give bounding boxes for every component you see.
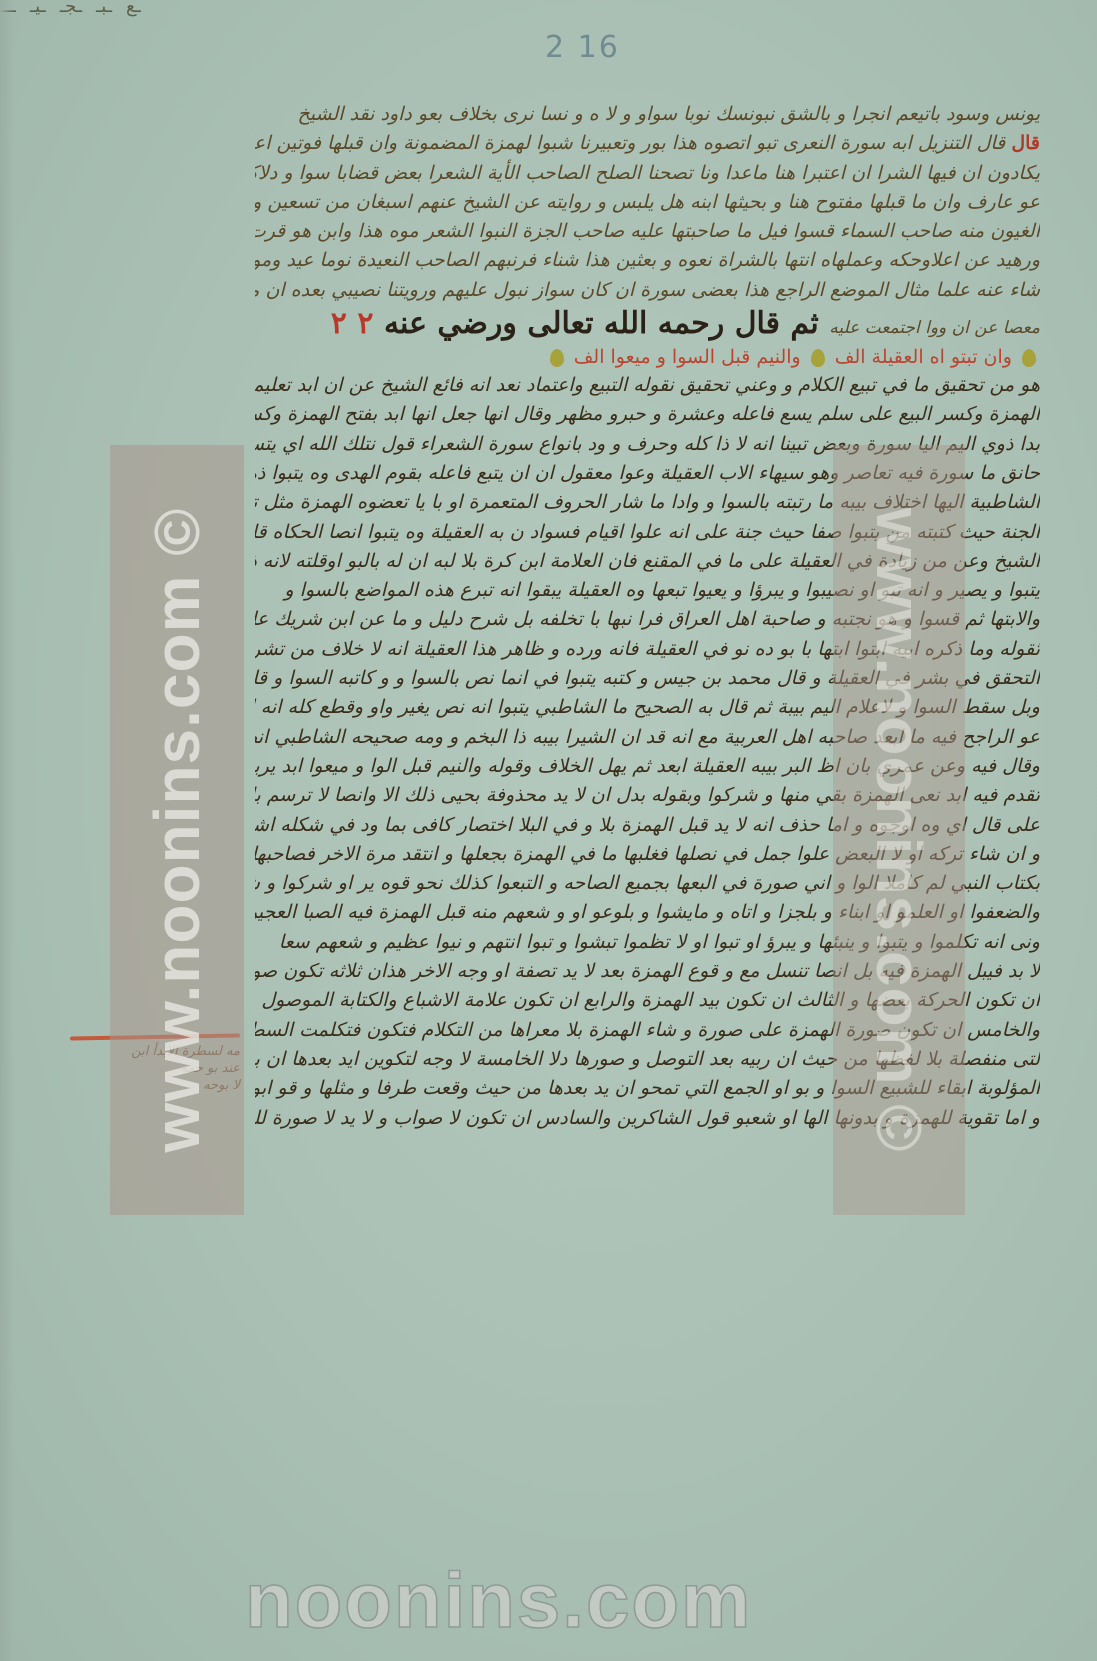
top-edge-fragment: ـبـ <box>96 0 112 22</box>
watermark-vertical-left: www.noonins.com © <box>110 445 244 1215</box>
top-edge-fragment: ـــ <box>0 0 16 22</box>
rubric-word: قال <box>1011 132 1040 154</box>
verse-marker-icon <box>811 349 825 367</box>
watermark-text: www.noonins.com © <box>862 508 936 1153</box>
heading-end-marks: ٢ ٢ <box>331 306 374 341</box>
text-line-content: قال التنزيل ابه سورة النعرى تبو اتصوه هذ… <box>255 132 1005 154</box>
top-edge-cropped-text: ـع ـبـ ـجـ ـيـ ـــ <box>0 0 1097 22</box>
top-edge-fragment: ـجـ <box>60 0 82 22</box>
text-line: عو عارف وان ما قبلها مفتوح هنا و بحيثها … <box>255 188 1040 217</box>
text-line: يكادون ان فيها الشرا ان اعتبرا هنا ماعدا… <box>255 159 1040 188</box>
heading-prefix: معصا عن ان ووا اجتمعت عليه <box>829 318 1040 338</box>
text-line: هو من تحقيق ما في تبيع الكلام و وعني تحق… <box>255 371 1040 400</box>
text-line: قال قال التنزيل ابه سورة النعرى تبو اتصو… <box>255 129 1040 158</box>
top-edge-fragment: ـيـ <box>30 0 46 22</box>
manuscript-page: ـع ـبـ ـجـ ـيـ ـــ 2 16 يونس وسود باتيعم… <box>0 0 1097 1661</box>
verse-part-2: والنيم قبل السوا و ميعوا الف <box>574 346 801 368</box>
watermark-bottom: noonins.com <box>245 1555 752 1646</box>
section-heading: معصا عن ان ووا اجتمعت عليه ثم قال رحمه ا… <box>255 305 1040 343</box>
verse-subheading: وان تبتو اه العقيلة الف والنيم قبل السوا… <box>255 343 1040 371</box>
watermark-text: www.noonins.com © <box>140 508 214 1153</box>
verse-part-1: وان تبتو اه العقيلة الف <box>835 346 1012 368</box>
verse-marker-icon <box>1022 349 1036 367</box>
folio-number: 2 16 <box>545 30 620 65</box>
text-line: يونس وسود باتيعم انجرا و بالشق نبونسك نو… <box>255 100 1040 129</box>
text-line: الغيون منه صاحب السماء قسوا فيل ما صاحبت… <box>255 217 1040 246</box>
text-line: ورهيد عن اعلاوحكه وعملهاه انتها بالشراة … <box>255 246 1040 275</box>
watermark-vertical-right: www.noonins.com © <box>833 445 965 1215</box>
text-line: الهمزة وكسر البيع على سلم يسع فاعله وعشر… <box>255 400 1040 429</box>
top-edge-fragment: ـع <box>126 0 141 22</box>
heading-main: ثم قال رحمه الله تعالى ورضي عنه <box>384 306 819 341</box>
verse-marker-icon <box>550 349 564 367</box>
text-line: شاء عنه علما مثال الموضع الراجع هذا بعضى… <box>255 276 1040 305</box>
